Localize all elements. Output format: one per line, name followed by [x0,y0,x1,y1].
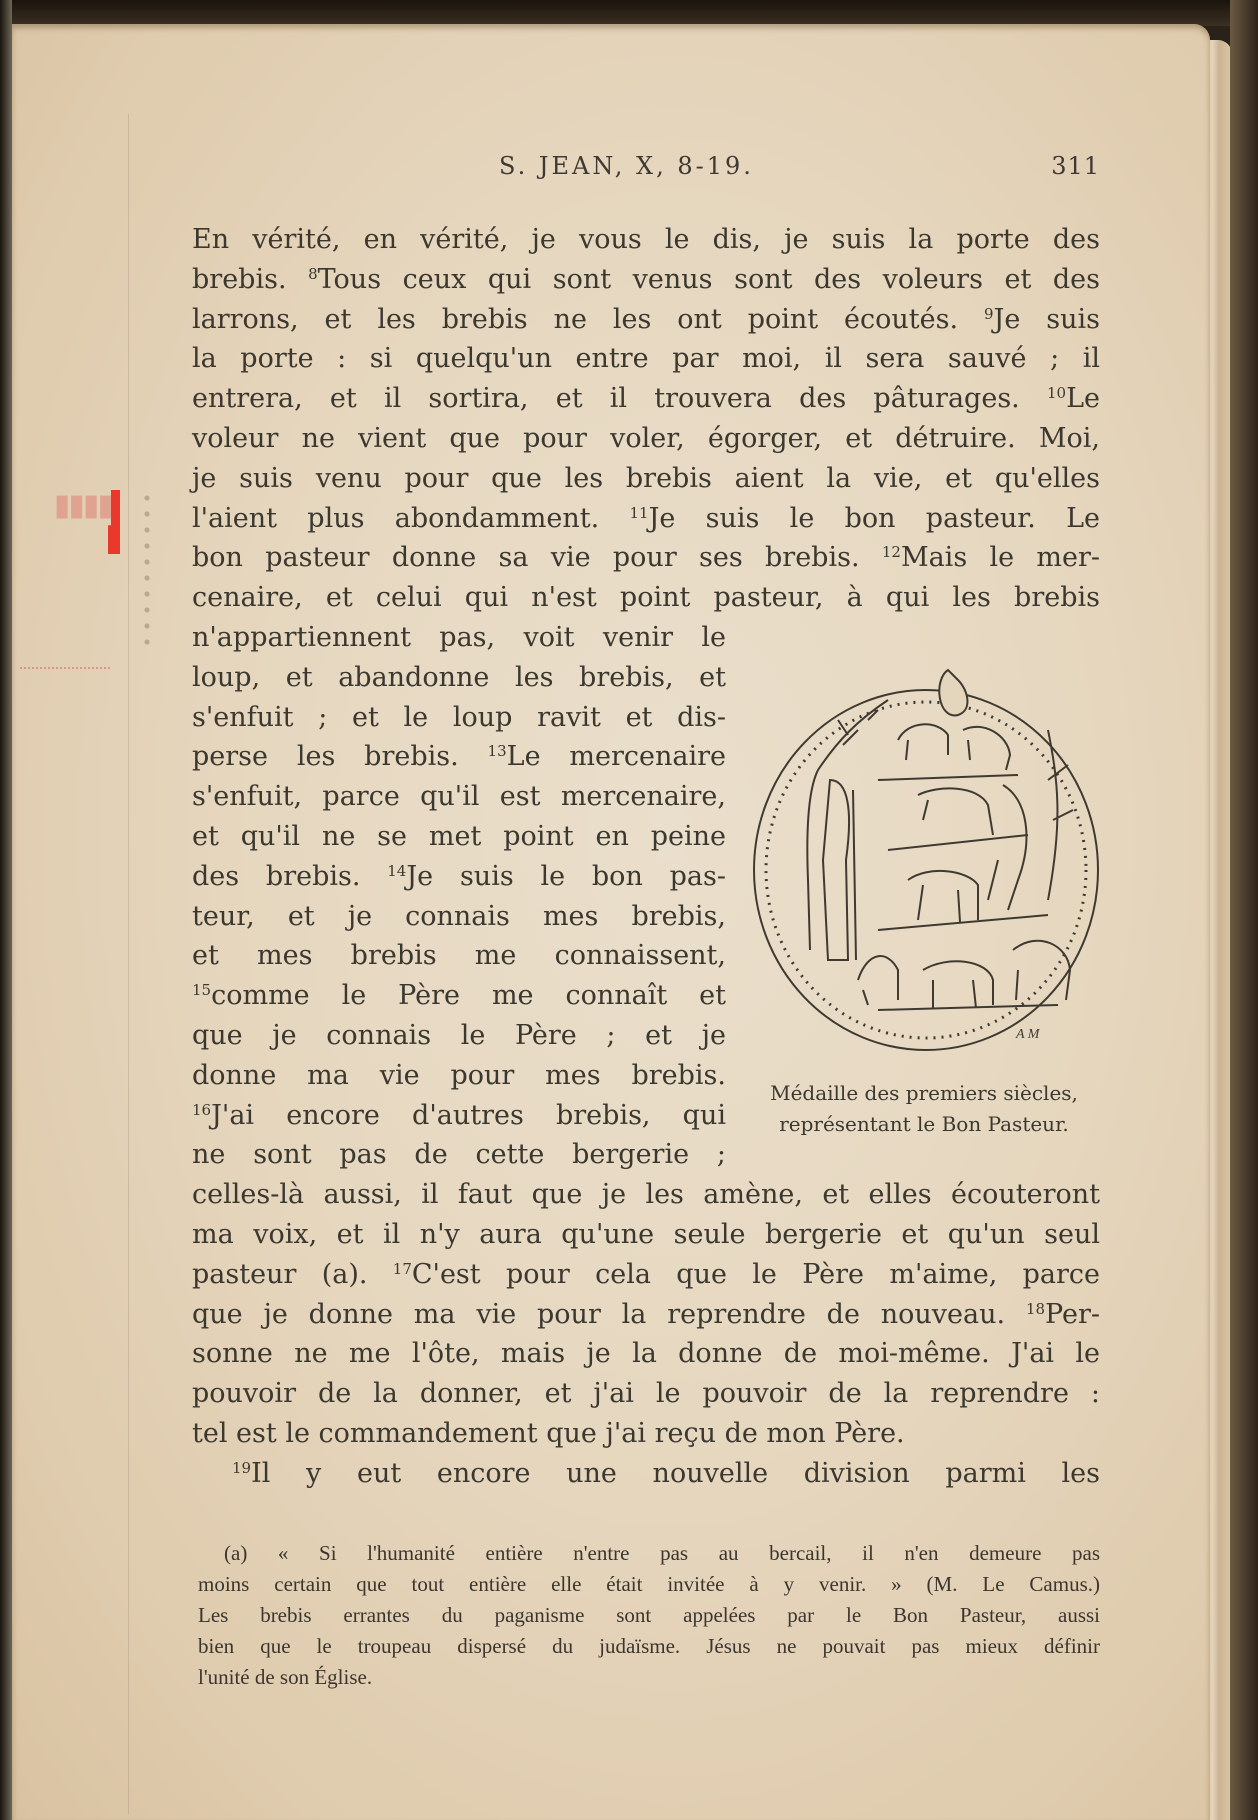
line-text: sonne ne me l'ôte, mais je la donne de m… [192,1338,1100,1369]
line-text: Je suis le bon pas- [406,861,726,892]
medallion-illustration: A M [748,660,1108,1060]
body-line: que je donne ma vie pour la reprendre de… [192,1295,1100,1335]
verse-number: 9 [984,305,994,323]
line-prefix: que je donne ma vie pour la reprendre de… [192,1299,1026,1330]
body-line: En vérité, en vérité, je vous le dis, je… [192,220,1100,260]
line-text: C'est pour cela que le Père m'aime, parc… [412,1259,1100,1290]
body-line: et mes brebis me connaissent, [192,936,726,976]
body-line: voleur ne vient que pour voler, égorger,… [192,419,1100,459]
perforation-marks [143,490,151,650]
stamp-bleedthrough: ▮▮▮▮ [14,488,114,568]
verse-number: 13 [488,742,507,760]
red-dotted-line [20,667,110,669]
line-prefix: pasteur (a). [192,1259,393,1290]
verse-number: 16 [192,1101,211,1119]
line-text: J'ai encore d'autres brebis, qui [211,1100,726,1131]
body-line: ma voix, et il n'y aura qu'une seule ber… [192,1215,1100,1255]
line-text: teur, et je connais mes brebis, [192,901,726,932]
body-line: s'enfuit ; et le loup ravit et dis- [192,698,726,738]
line-text: Le mercenaire [507,741,726,772]
body-line: 15comme le Père me connaît et [192,976,726,1016]
line-text: En vérité, en vérité, je vous le dis, je… [192,224,1100,255]
verse-number: 10 [1047,384,1066,402]
page-number: 311 [1051,152,1100,180]
body-line: s'enfuit, parce qu'il est mercenaire, [192,777,726,817]
verse-number: 11 [629,504,648,522]
footnote-line: (a) « Si l'humanité entière n'entre pas … [198,1538,1100,1569]
body-line: pouvoir de la donner, et j'ai le pouvoir… [192,1374,1100,1414]
line-prefix: bon pasteur donne sa vie pour ses brebis… [192,542,882,573]
verse-number: 14 [387,862,406,880]
body-line: sonne ne me l'ôte, mais je la donne de m… [192,1334,1100,1374]
body-line: 19Il y eut encore une nouvelle division … [192,1454,1100,1494]
verse-number: 19 [232,1459,251,1477]
line-text: Le [1066,383,1100,414]
body-line: n'appartiennent pas, voit venir le [192,618,726,658]
body-line: teur, et je connais mes brebis, [192,897,726,937]
line-text: n'appartiennent pas, voit venir le [192,622,726,653]
line-prefix: entrera, et il sortira, et il trouvera d… [192,383,1047,414]
line-prefix: des brebis. [192,861,387,892]
body-line: brebis. 8Tous ceux qui sont venus sont d… [192,260,1100,300]
line-text: pouvoir de la donner, et j'ai le pouvoir… [192,1378,1100,1409]
body-line: je suis venu pour que les brebis aient l… [192,459,1100,499]
figure-caption: Médaille des premiers siècles, représent… [738,1078,1110,1140]
body-line: ne sont pas de cette bergerie ; [192,1135,726,1175]
line-text: que je connais le Père ; et je [192,1020,726,1051]
line-text: Il y eut encore une nouvelle division pa… [251,1458,1100,1489]
body-line: cenaire, et celui qui n'est point pasteu… [192,578,1100,618]
line-text: voleur ne vient que pour voler, égorger,… [192,423,1100,454]
footnote-line: l'unité de son Église. [198,1662,1100,1693]
body-line: 16J'ai encore d'autres brebis, qui [192,1096,726,1136]
line-text: s'enfuit ; et le loup ravit et dis- [192,702,726,733]
footnote-line: moins certain que tout entière elle étai… [198,1569,1100,1600]
engraver-signature: A M [1015,1027,1041,1042]
running-head: S. JEAN, X, 8-19. [499,152,754,180]
verse-number: 8 [308,265,318,283]
body-line: larrons, et les brebis ne les ont point … [192,300,1100,340]
footnote: (a) « Si l'humanité entière n'entre pas … [198,1538,1100,1692]
gutter-line [128,114,129,1814]
body-line: tel est le commandement que j'ai reçu de… [192,1414,1100,1454]
verse-number: 18 [1026,1300,1045,1318]
line-text: ne sont pas de cette bergerie ; [192,1139,726,1170]
line-text: je suis venu pour que les brebis aient l… [192,463,1100,494]
good-shepherd-medal-icon: A M [748,660,1108,1060]
page-header: S. JEAN, X, 8-19. 311 [192,152,1100,188]
body-line: perse les brebis. 13Le mercenaire [192,737,726,777]
body-line: l'aient plus abondamment. 11Je suis le b… [192,499,1100,539]
body-line: que je connais le Père ; et je [192,1016,726,1056]
body-line: la porte : si quelqu'un entre par moi, i… [192,339,1100,379]
scan-border-right [1230,0,1258,1820]
line-text: comme le Père me connaît et [211,980,726,1011]
line-text: tel est le commandement que j'ai reçu de… [192,1418,905,1449]
line-text: s'enfuit, parce qu'il est mercenaire, [192,781,726,812]
line-text: Mais le mer- [901,542,1100,573]
line-text: Per- [1045,1299,1100,1330]
footnote-line: Les brebis errantes du paganisme sont ap… [198,1600,1100,1631]
body-line: et qu'il ne se met point en peine [192,817,726,857]
body-line: bon pasteur donne sa vie pour ses brebis… [192,538,1100,578]
line-text: et qu'il ne se met point en peine [192,821,726,852]
line-prefix: larrons, et les brebis ne les ont point … [192,304,984,335]
line-text: Je suis [994,304,1100,335]
body-line: des brebis. 14Je suis le bon pas- [192,857,726,897]
line-text: la porte : si quelqu'un entre par moi, i… [192,343,1100,374]
line-text: donne ma vie pour mes brebis. [192,1060,726,1091]
line-text: Je suis le bon pasteur. Le [649,503,1100,534]
line-prefix: l'aient plus abondamment. [192,503,629,534]
scan-border-top [0,0,1258,26]
footnote-line: bien que le troupeau dispersé du judaïsm… [198,1631,1100,1662]
line-text: Tous ceux qui sont venus sont des voleur… [318,264,1100,295]
line-text: ma voix, et il n'y aura qu'une seule ber… [192,1219,1100,1250]
line-prefix: perse les brebis. [192,741,488,772]
body-line: donne ma vie pour mes brebis. [192,1056,726,1096]
caption-line-2: représentant le Bon Pasteur. [738,1109,1110,1140]
body-line: loup, et abandonne les brebis, et [192,658,726,698]
verse-number: 15 [192,981,211,999]
verse-number: 12 [882,543,901,561]
line-text: et mes brebis me connaissent, [192,940,726,971]
body-line: celles-là aussi, il faut que je les amèn… [192,1175,1100,1215]
line-text: loup, et abandonne les brebis, et [192,662,726,693]
line-text: celles-là aussi, il faut que je les amèn… [192,1179,1100,1210]
body-line: entrera, et il sortira, et il trouvera d… [192,379,1100,419]
body-line: pasteur (a). 17C'est pour cela que le Pè… [192,1255,1100,1295]
caption-line-1: Médaille des premiers siècles, [738,1078,1110,1109]
verse-number: 17 [393,1260,412,1278]
scan-border-left [0,0,12,1820]
line-text: cenaire, et celui qui n'est point pasteu… [192,582,1100,613]
line-prefix: brebis. [192,264,308,295]
